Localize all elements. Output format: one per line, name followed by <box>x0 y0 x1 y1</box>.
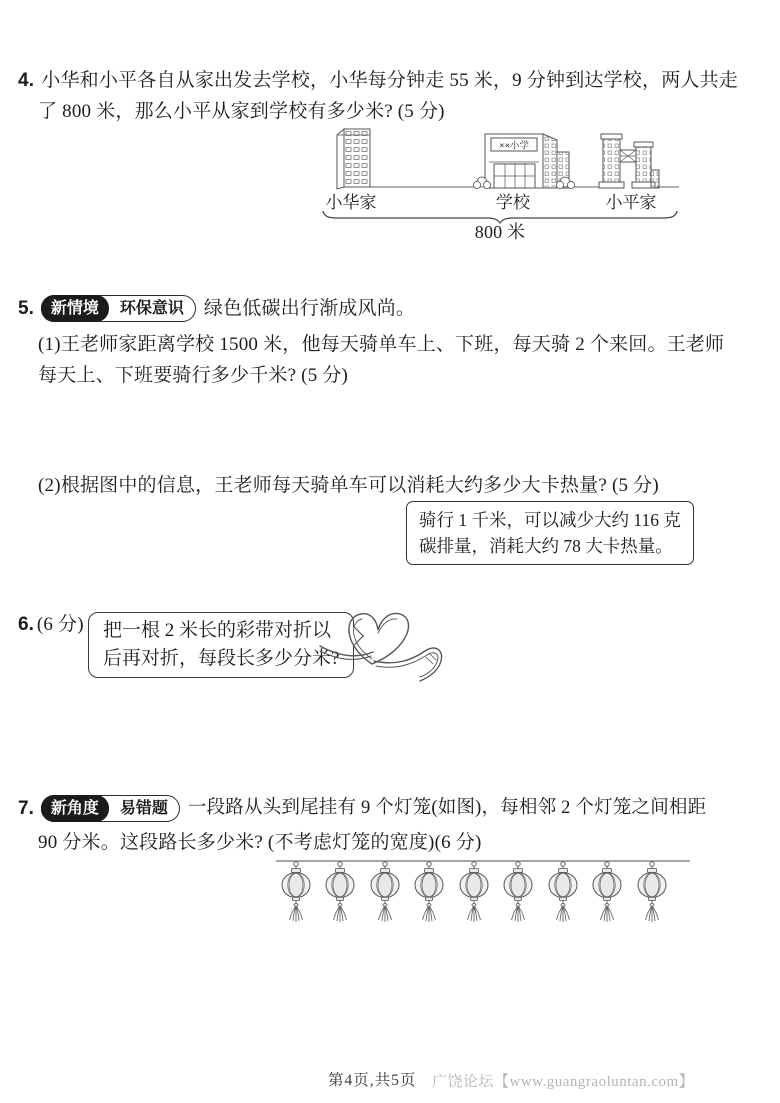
footer-page-number: 第4页,共5页 <box>328 1068 416 1090</box>
badge-error-prone: 易错题 <box>109 796 179 821</box>
school-sign-text: ××小学 <box>499 140 530 152</box>
question-7-header: 7. 新角度 易错题 一段路从头到尾挂有 9 个灯笼(如图)，每相邻 2 个灯笼… <box>18 794 706 823</box>
badge-new-angle: 新角度 <box>41 795 109 822</box>
footer-site-credit: 广饶论坛【www.guangraoluntan.com】 <box>432 1070 694 1091</box>
question-7-text-1: 一段路从头到尾挂有 9 个灯笼(如图)，每相邻 2 个灯笼之间相距 <box>188 794 706 823</box>
question-4-number: 4. <box>18 70 34 91</box>
question-5-badges: 新情境 环保意识 <box>41 295 196 322</box>
question-5-part2: (2)根据图中的信息，王老师每天骑单车可以消耗大约多少大卡热量? (5 分) <box>38 471 659 500</box>
question-7-number: 7. <box>18 798 34 820</box>
badge-new-scenario: 新情境 <box>41 295 109 322</box>
question-5-part1-line-2: 每天上、下班要骑行多少千米? (5 分) <box>38 361 348 390</box>
cycling-info-box: 骑行 1 千米，可以减少大约 116 克 碳排量，消耗大约 78 大卡热量。 <box>406 501 694 565</box>
distance-label: 800 米 <box>323 218 677 247</box>
gate-towers-building <box>599 134 659 188</box>
heart-ribbon-illustration <box>316 600 461 698</box>
school-building: ××小学 <box>473 134 574 189</box>
bubble-line-1: 把一根 2 米长的彩带对折以 <box>103 617 339 645</box>
info-box-line-2: 碳排量，消耗大约 78 大卡热量。 <box>419 533 681 559</box>
question-6-header: 6. (6 分) <box>18 610 84 639</box>
question-5-number: 5. <box>18 298 34 320</box>
question-4-text-1: 小华和小平各自从家出发去学校，小华每分钟走 55 米，9 分钟到达学校，两人共走 <box>41 70 738 91</box>
apartment-building <box>337 129 370 189</box>
lanterns-illustration <box>268 851 698 935</box>
question-6-number: 6. <box>18 614 34 636</box>
question-7-badges: 新角度 易错题 <box>41 795 180 822</box>
question-6-speech-bubble: 把一根 2 米长的彩带对折以 后再对折，每段长多少分米? <box>88 612 354 678</box>
worksheet-page: 4.小华和小平各自从家出发去学校，小华每分钟走 55 米，9 分钟到达学校，两人… <box>0 0 780 1103</box>
label-xiaohua-home: 小华家 <box>319 188 383 213</box>
question-5-header: 5. 新情境 环保意识 绿色低碳出行渐成风尚。 <box>18 294 415 323</box>
label-school: 学校 <box>485 188 541 213</box>
bubble-line-2: 后再对折，每段长多少分米? <box>103 645 339 673</box>
question-4-text-2: 了 800 米，那么小平从家到学校有多少米? (5 分) <box>38 101 445 122</box>
info-box-line-1: 骑行 1 千米，可以减少大约 116 克 <box>419 507 681 533</box>
badge-eco-awareness: 环保意识 <box>109 296 195 321</box>
question-4-line-1: 4.小华和小平各自从家出发去学校，小华每分钟走 55 米，9 分钟到达学校，两人… <box>18 66 738 95</box>
question-5-part1-line-1: (1)王老师家距离学校 1500 米，他每天骑单车上、下班，每天骑 2 个来回。… <box>38 330 724 359</box>
question-5-intro: 绿色低碳出行渐成风尚。 <box>204 294 415 323</box>
question-6-score: (6 分) <box>37 610 84 639</box>
label-xiaoping-home: 小平家 <box>597 188 665 213</box>
question-4-figure: ××小学 小华家 学校 小平家 800 米 <box>313 122 685 244</box>
